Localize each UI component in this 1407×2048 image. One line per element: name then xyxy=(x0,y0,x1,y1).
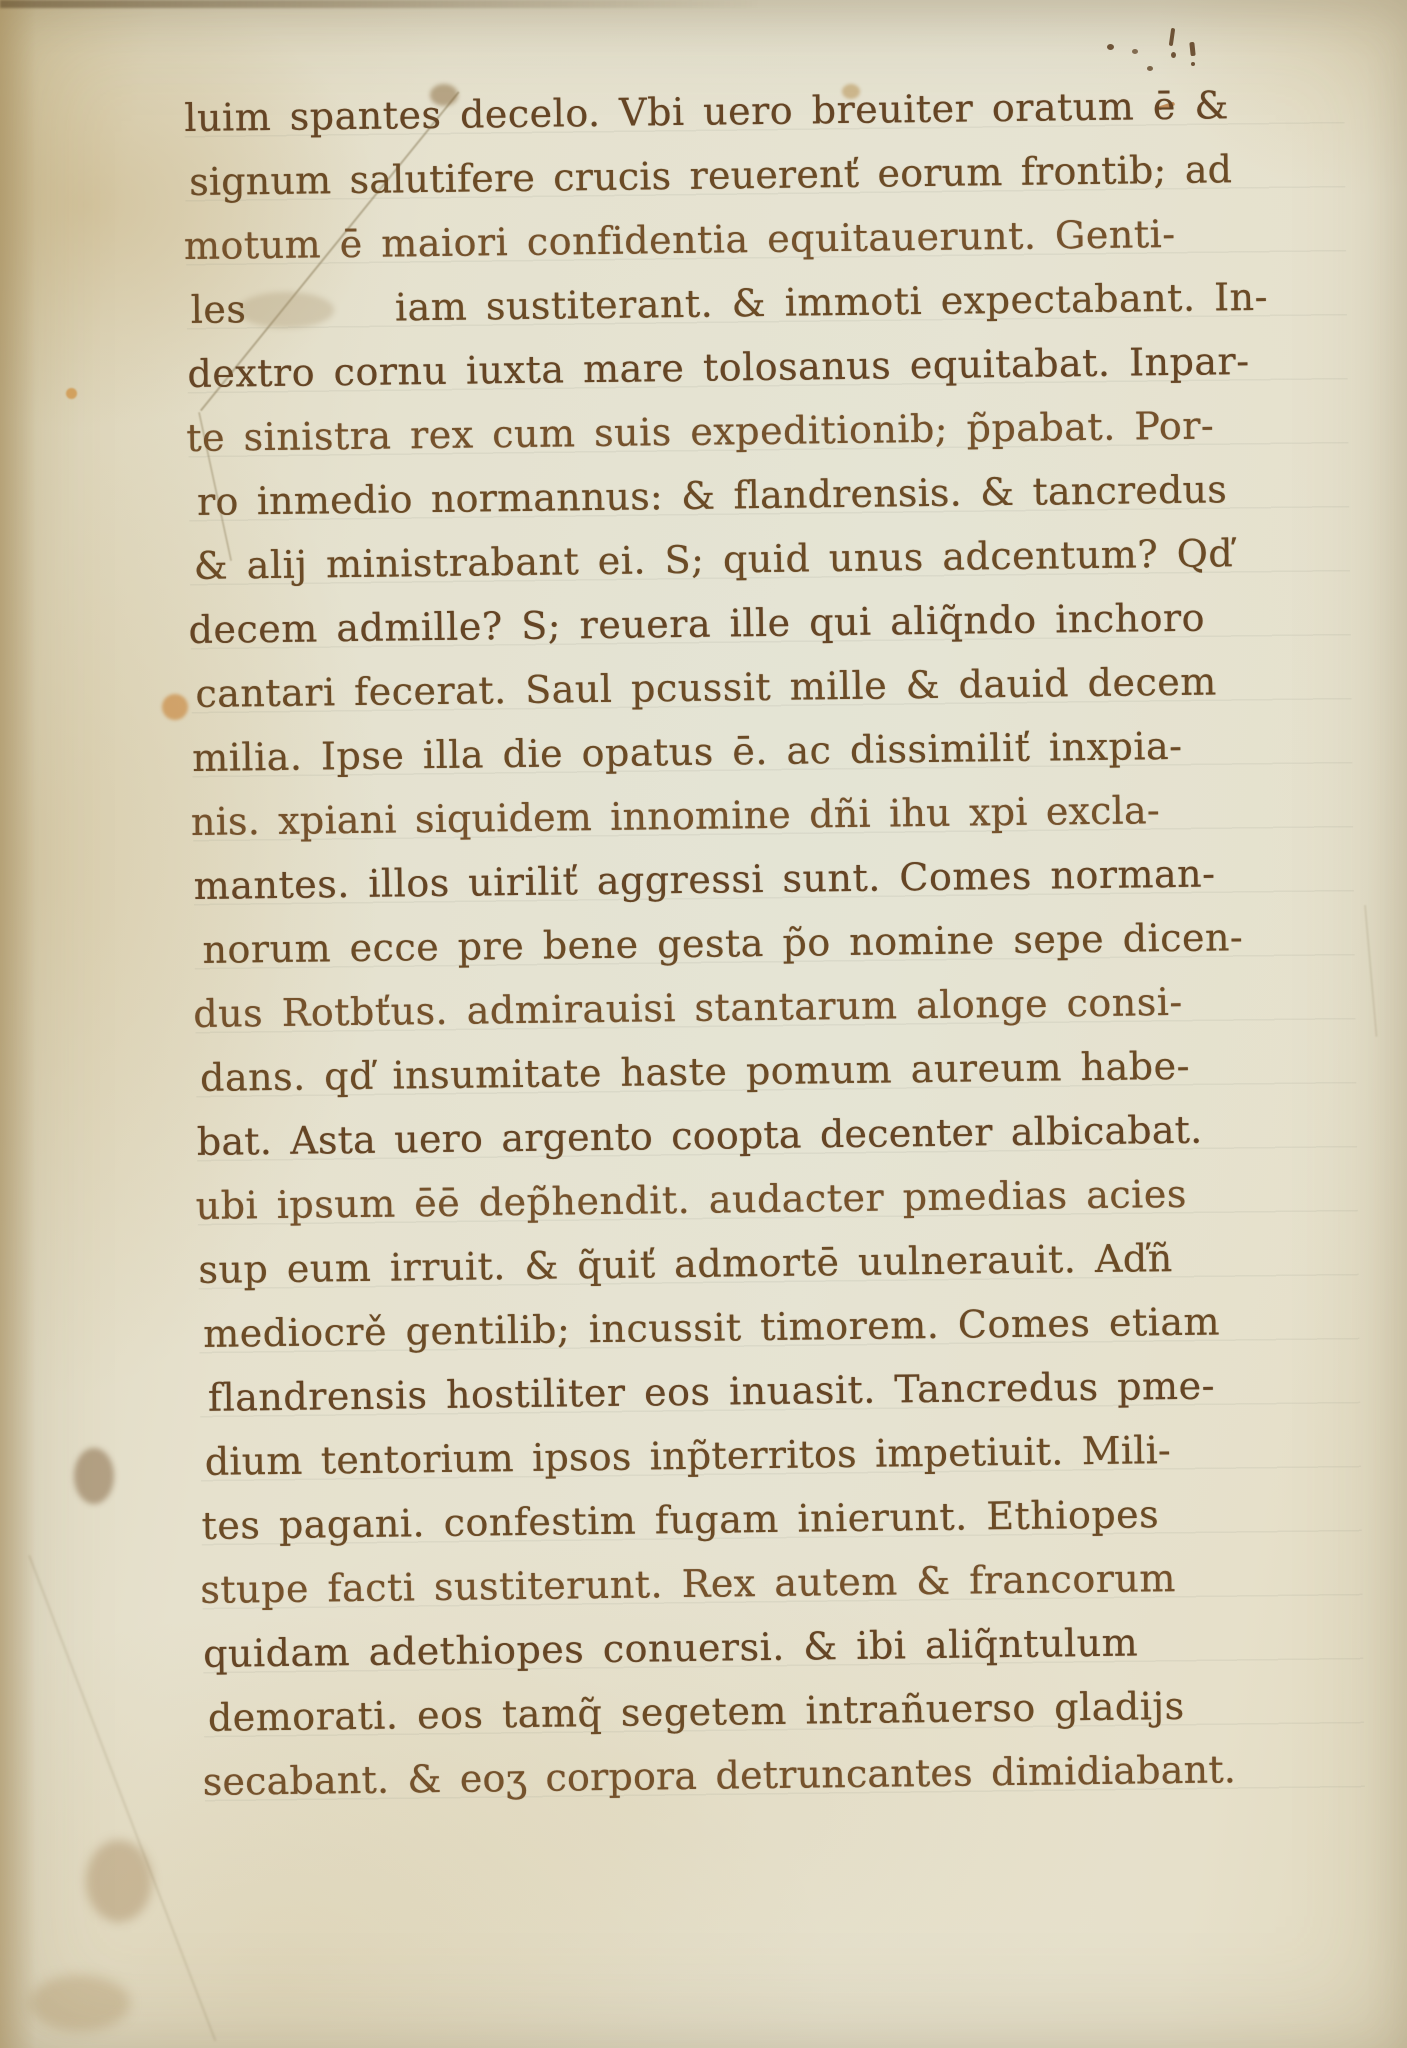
page-top-edge xyxy=(0,0,760,8)
crease-line xyxy=(1365,905,1378,1037)
text-line: secabant. & eoʒ corpora detruncantes dim… xyxy=(202,1736,1365,1814)
manuscript-page: luim spantes decelo. Vbi uero breuiter o… xyxy=(0,0,1407,2048)
stain xyxy=(162,694,188,720)
stain xyxy=(30,1975,130,2031)
binding-edge-shading xyxy=(0,0,36,2048)
stain xyxy=(74,1448,114,1504)
stain xyxy=(66,388,77,399)
crease-line xyxy=(28,1555,216,2041)
stain xyxy=(86,1840,152,1922)
text-block: luim spantes decelo. Vbi uero breuiter o… xyxy=(184,72,1365,1814)
